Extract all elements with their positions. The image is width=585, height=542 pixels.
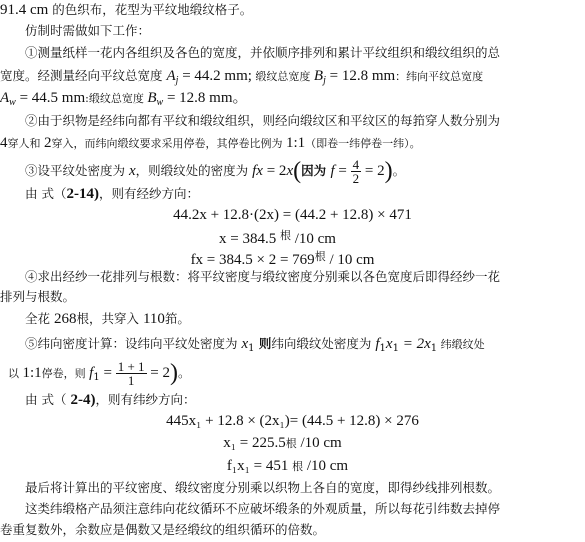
text-line-6: ②由于织物是经纬向都有平纹和缎纹组织，则经向缎纹区和平纹区的每筘穿人数分别为 xyxy=(25,111,500,131)
text: 。 xyxy=(178,365,191,380)
text: 由 式（ xyxy=(25,186,66,201)
equation-2: x = 384.5 根 /10 cm xyxy=(0,226,570,249)
equation-text: fx = 384.5 × 2 = 769 xyxy=(191,252,315,268)
denominator: 1 xyxy=(116,374,147,387)
value: = 44.2 mm; xyxy=(178,68,251,84)
text-line-12: 全花 268根，共穿入 110筘。 xyxy=(25,309,190,329)
text: 穿人和 xyxy=(8,137,45,150)
value: 268 xyxy=(54,311,77,327)
text: ①测量纸样一花内各组织及各色的宽度，并依顺序排列和累计平纹组织和缎纹组织的总 xyxy=(25,45,500,60)
width-value: 91.4 cm xyxy=(0,2,48,18)
ratio: 1:1 xyxy=(23,365,42,381)
text-line-7: 4穿人和 2穿入，而纬向缎纹要求采用停卷，其停卷比例为 1:1（即卷一纬停卷一纬… xyxy=(0,133,421,154)
fraction: 1 + 11 xyxy=(116,360,147,387)
text-line-11: 排列与根数。 xyxy=(0,287,75,307)
formula-ref: 2-4) xyxy=(70,392,95,408)
text: ，则有纬纱方向： xyxy=(95,392,195,407)
equation-4: 445x₁ + 12.8 × (2x₁)= (44.5 + 12.8) × 27… xyxy=(0,411,585,431)
text-line-1: 91.4 cm 的色织布，花型为平纹地缎纹格子。 xyxy=(0,0,252,20)
text-line-16: 最后将计算出的平纹密度、缎纹密度分别乘以织物上各自的宽度，即得纱线排列根数。 xyxy=(25,478,500,498)
text: 的色织布，花型为平纹地缎纹格子。 xyxy=(48,2,252,17)
text-line-8: ③设平纹处密度为 x，则缎纹处的密度为 fx = 2x(因为 f = 42 = … xyxy=(25,156,405,186)
symbol-B: B xyxy=(147,90,156,106)
paren-close-icon: ) xyxy=(385,158,393,184)
denominator: 2 xyxy=(351,172,362,185)
unit: /10 cm xyxy=(303,458,348,474)
text: 根，共穿入 xyxy=(76,311,142,326)
unit: 根 xyxy=(292,460,303,473)
value: = 2 xyxy=(361,163,384,179)
text-line-17: 这类纬缎格产品须注意纬向花纹循环不应破坏缎条的外观质量，所以每花引纬数去掉停 xyxy=(25,499,500,519)
equation-text: x = 384.5 xyxy=(219,231,280,247)
fraction: 42 xyxy=(351,158,362,185)
text: ⑤纬向密度计算：设纬向平纹处密度为 xyxy=(25,336,241,351)
equation-6: f₁x₁ = 451 根 /10 cm xyxy=(0,456,580,477)
text: 缎纹总宽度 xyxy=(252,70,314,83)
unit: /10 cm xyxy=(297,435,342,451)
equation-text: 445x₁ + 12.8 × (2x₁)= (44.5 + 12.8) × 27… xyxy=(166,413,419,429)
text: 卷重复数外，余数应是偶数又是经缎纹的组织循环的倍数。 xyxy=(0,522,325,537)
numerator: 1 + 1 xyxy=(116,360,147,374)
symbol: fx xyxy=(252,163,263,179)
value: = 12.8 mm。 xyxy=(163,90,247,106)
text: 排列与根数。 xyxy=(0,289,75,304)
text: 因为 xyxy=(301,163,330,178)
text: ：纬向平纹总宽度 xyxy=(395,70,483,83)
value: = 2x xyxy=(399,336,431,352)
text: 宽度。经测量经向平纹总宽度 xyxy=(0,68,166,83)
paren-open-icon: ( xyxy=(293,158,301,184)
paren-close-icon: ) xyxy=(170,360,178,386)
text: 筘。 xyxy=(165,311,190,326)
text: ④求出经纱一花排列与根数：将平纹密度与缎纹密度分别乘以各色宽度后即得经纱一花 xyxy=(25,269,500,284)
text-line-9: 由 式（2-14)，则有经纱方向： xyxy=(25,184,199,204)
text: 停卷，则 xyxy=(42,367,90,380)
text: ③设平纹处密度为 xyxy=(25,163,129,178)
text: （即卷一纬停卷一纬）。 xyxy=(305,137,421,150)
text: 最后将计算出的平纹密度、缎纹密度分别乘以织物上各自的宽度，即得纱线排列根数。 xyxy=(25,480,500,495)
equation-text: 44.2x + 12.8·(2x) = (44.2 + 12.8) × 471 xyxy=(173,207,412,223)
equation-text: f₁x₁ = 451 xyxy=(227,458,292,474)
value: 2 xyxy=(44,135,52,151)
equation-1: 44.2x + 12.8·(2x) = (44.2 + 12.8) × 471 xyxy=(0,205,585,225)
value: 110 xyxy=(143,311,165,327)
unit: 根 xyxy=(286,437,297,450)
equals: = xyxy=(100,365,116,381)
text: 由 式（ xyxy=(25,392,70,407)
unit: / 10 cm xyxy=(326,252,375,268)
symbol-x: x xyxy=(129,163,136,179)
text-line-10: ④求出经纱一花排列与根数：将平纹密度与缎纹密度分别乘以各色宽度后即得经纱一花 xyxy=(25,267,500,287)
symbol-A: A xyxy=(166,68,175,84)
text: ②由于织物是经纬向都有平纹和缎纹组织，则经向缎纹区和平纹区的每筘穿人数分别为 xyxy=(25,113,500,128)
symbol-x: x xyxy=(386,336,393,352)
text-line-13: ⑤纬向密度计算：设纬向平纹处密度为 x1 则纬向缎纹处密度为 f1x1 = 2x… xyxy=(25,334,485,359)
ratio: 1:1 xyxy=(286,135,305,151)
text-line-15: 由 式（ 2-4)，则有纬纱方向： xyxy=(25,390,195,410)
value: = 2 xyxy=(263,163,286,179)
formula-ref: 2-14) xyxy=(66,186,99,202)
text-line-5: Aw = 44.5 mm:缎纹总宽度 Bw = 12.8 mm。 xyxy=(0,88,247,113)
text-line-3: ①测量纸样一花内各组织及各色的宽度，并依顺序排列和累计平纹组织和缎纹组织的总 xyxy=(25,43,500,63)
text-line-14: 以 1:1停卷，则 f1 = 1 + 11 = 2)。 xyxy=(8,358,191,393)
value: 4 xyxy=(0,135,8,151)
unit: /10 cm xyxy=(291,231,336,247)
text: 纬缎纹处 xyxy=(437,338,485,351)
symbol-A: A xyxy=(0,90,9,106)
value: = 2 xyxy=(147,365,170,381)
numerator: 4 xyxy=(351,158,362,172)
equals: = xyxy=(335,163,351,179)
equation-5: x₁ = 225.5根 /10 cm xyxy=(0,433,575,454)
text: 。 xyxy=(393,163,406,178)
symbol-B: B xyxy=(314,68,323,84)
equation-text: x₁ = 225.5 xyxy=(223,435,285,451)
unit: 根 xyxy=(280,229,291,242)
text: ，则缎纹处的密度为 xyxy=(136,163,252,178)
value: = 44.5 mm xyxy=(16,90,85,106)
text: 穿入，而纬向缎纹要求采用停卷，其停卷比例为 xyxy=(52,137,287,150)
text-line-18: 卷重复数外，余数应是偶数又是经缎纹的组织循环的倍数。 xyxy=(0,520,325,540)
text: 则 xyxy=(255,336,272,351)
text: ，则有经纱方向： xyxy=(99,186,199,201)
subscript: w xyxy=(9,97,16,108)
text: 以 xyxy=(8,367,23,380)
text: 全花 xyxy=(25,311,54,326)
text: 仿制时需做如下工作： xyxy=(25,23,150,38)
text: 这类纬缎格产品须注意纬向花纹循环不应破坏缎条的外观质量，所以每花引纬数去掉停 xyxy=(25,501,500,516)
text: 纬向缎纹处密度为 xyxy=(271,336,375,351)
text: :缎纹总宽度 xyxy=(85,92,147,105)
value: = 12.8 mm xyxy=(326,68,395,84)
text-line-2: 仿制时需做如下工作： xyxy=(25,21,150,41)
unit: 根 xyxy=(315,250,326,263)
